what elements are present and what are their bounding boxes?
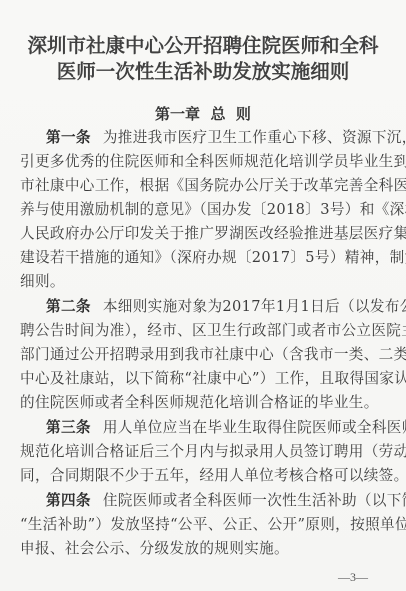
article-2-line-2: 聘公告时间为准），经市、区卫生行政部门或者市公立医院主管	[20, 321, 388, 341]
article-1-line-6: 建设若干措施的通知》（深府办规〔2017〕5号）精神，制定本	[20, 248, 388, 268]
article-1-text: 为推进我市医疗卫生工作重心下移、资源下沉，吸	[103, 129, 406, 146]
article-1-line-1: 第一条为推进我市医疗卫生工作重心下移、资源下沉，吸	[46, 128, 388, 148]
article-2-line-3: 部门通过公开招聘录用到我市社康中心（含我市一类、二类社康	[20, 345, 388, 365]
article-1-line-3: 市社康中心工作，根据《国务院办公厅关于改革完善全科医生培	[20, 176, 388, 196]
document-page: 深圳市社康中心公开招聘住院医师和全科 医师一次性生活补助发放实施细则 第一章 总…	[0, 0, 406, 591]
page-number: —3—	[338, 570, 368, 585]
article-4-text: 住院医师或者全科医师一次性生活补助（以下简称	[103, 492, 406, 509]
article-2-label: 第二条	[46, 298, 91, 315]
document-title-line-1: 深圳市社康中心公开招聘住院医师和全科	[0, 30, 406, 58]
article-4-line-3: 申报、社会公示、分级发放的规则实施。	[20, 539, 388, 559]
article-2-line-1: 第二条本细则实施对象为2017年1月1日后（以发布公开招	[46, 297, 388, 317]
article-3-line-2: 规范化培训合格证后三个月内与拟录用人员签订聘用（劳动）合	[20, 442, 388, 462]
article-1-line-4: 养与使用激励机制的意见》（国办发〔2018〕3号）和《深圳市	[20, 200, 388, 220]
article-2-text: 本细则实施对象为2017年1月1日后（以发布公开招	[103, 298, 406, 315]
article-1-line-7: 细则。	[20, 272, 388, 292]
article-1-line-2: 引更多优秀的住院医师和全科医师规范化培训学员毕业生到我	[20, 152, 388, 172]
article-2-line-4: 中心及社康站，以下简称“社康中心”）工作，且取得国家认可	[20, 369, 388, 389]
article-1-line-5: 人民政府办公厅印发关于推广罗湖医改经验推进基层医疗集团	[20, 224, 388, 244]
article-3-label: 第三条	[46, 419, 91, 436]
article-3-line-3: 同，合同期限不少于五年，经用人单位考核合格可以续签。	[20, 466, 388, 486]
article-3-text: 用人单位应当在毕业生取得住院医师或全科医师	[103, 419, 406, 436]
chapter-heading: 第一章 总 则	[0, 103, 406, 124]
document-title-line-2: 医师一次性生活补助发放实施细则	[0, 56, 406, 84]
article-4-line-1: 第四条住院医师或者全科医师一次性生活补助（以下简称	[46, 491, 388, 511]
article-4-line-2: “生活补助”）发放坚持“公平、公正、公开”原则，按照单位	[20, 515, 388, 535]
article-4-label: 第四条	[46, 492, 91, 509]
article-2-line-5: 的住院医师或者全科医师规范化培训合格证的毕业生。	[20, 393, 388, 413]
article-1-label: 第一条	[46, 129, 91, 146]
article-3-line-1: 第三条用人单位应当在毕业生取得住院医师或全科医师	[46, 418, 388, 438]
